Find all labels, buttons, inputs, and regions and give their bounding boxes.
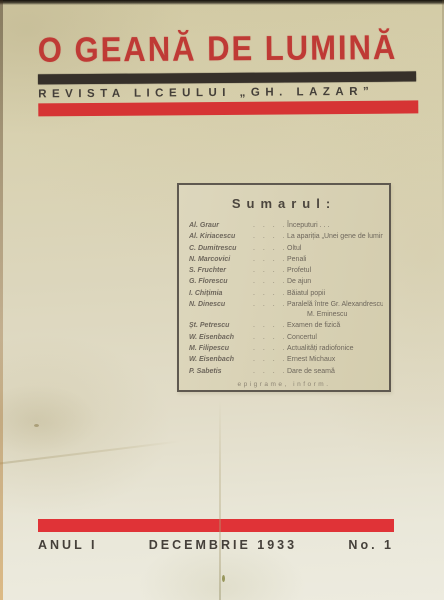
- toc-title: Băiatul popii: [287, 288, 383, 299]
- toc-row: M. Filipescu . . . . Actualități radiofo…: [189, 343, 383, 354]
- toc-dot-leader: . . . .: [253, 320, 287, 331]
- subtitle: REVISTA LICEULUI „GH. LAZAR”: [38, 86, 394, 101]
- toc-row: W. Eisenbach . . . . Ernest Michaux: [189, 354, 383, 365]
- year-label: ANUL I: [38, 538, 97, 552]
- toc-title: Ernest Michaux: [287, 354, 383, 365]
- toc-row: W. Eisenbach . . . . Concertul: [189, 332, 383, 343]
- toc-author: N. Marcovici: [189, 254, 253, 265]
- toc-author: N. Dinescu: [189, 299, 253, 310]
- paper-crease-vertical: [219, 400, 221, 600]
- toc-author: S. Fruchter: [189, 265, 253, 276]
- photo-edge-top: [0, 0, 444, 5]
- page-title: O GEANĂ DE LUMINĂ: [38, 28, 394, 71]
- toc-title: Penali: [287, 254, 383, 265]
- black-rule: [38, 71, 416, 84]
- summary-list: Al. Graur . . . . Începuturi . . . Al. K…: [189, 220, 383, 377]
- toc-title: Dare de seamă: [287, 366, 383, 377]
- toc-row: P. Sabetis . . . . Dare de seamă: [189, 366, 383, 377]
- paper-speck: [222, 575, 225, 582]
- toc-dot-leader: . . . .: [253, 299, 287, 310]
- toc-author: P. Sabetis: [189, 366, 253, 377]
- summary-box: Sumarul: Al. Graur . . . . Începuturi . …: [177, 183, 391, 392]
- toc-dot-leader: . . . .: [253, 220, 287, 231]
- toc-row: S. Fruchter . . . . Profetul: [189, 265, 383, 276]
- toc-author: W. Eisenbach: [189, 354, 253, 365]
- toc-row: G. Florescu . . . . De ajun: [189, 276, 383, 287]
- toc-dot-leader: . . . .: [253, 366, 287, 377]
- toc-row: I. Chițimia . . . . Băiatul popii: [189, 288, 383, 299]
- red-rule-top: [38, 100, 418, 116]
- summary-heading: Sumarul:: [179, 196, 389, 211]
- photo-edge-left: [0, 0, 3, 600]
- toc-author: Al. Kiriacescu: [189, 231, 253, 242]
- toc-dot-leader: . . . .: [253, 332, 287, 343]
- masthead: O GEANĂ DE LUMINĂ REVISTA LICEULUI „GH. …: [38, 28, 395, 117]
- toc-title: Profetul: [287, 265, 383, 276]
- toc-author: Șt. Petrescu: [189, 320, 253, 331]
- toc-dot-leader: . . . .: [253, 354, 287, 365]
- toc-author: C. Dumitrescu: [189, 243, 253, 254]
- toc-author: W. Eisenbach: [189, 332, 253, 343]
- toc-title: La apariția „Unei gene de lumină”: [287, 231, 383, 242]
- toc-title: De ajun: [287, 276, 383, 287]
- toc-author: G. Florescu: [189, 276, 253, 287]
- toc-title: Începuturi . . .: [287, 220, 383, 231]
- toc-dot-leader: . . . .: [253, 288, 287, 299]
- toc-dot-leader: . . . .: [253, 243, 287, 254]
- toc-title: Paralelă între Gr. Alexandrescu și: [287, 299, 383, 310]
- toc-row: Al. Kiriacescu . . . . La apariția „Unei…: [189, 231, 383, 242]
- toc-title: Concertul: [287, 332, 383, 343]
- issue-date: DECEMBRIE 1933: [149, 538, 297, 552]
- toc-row: Al. Graur . . . . Începuturi . . .: [189, 220, 383, 231]
- toc-title-line2: M. Eminescu: [307, 310, 383, 320]
- toc-title: Actualități radiofonice: [287, 343, 383, 354]
- toc-dot-leader: . . . .: [253, 343, 287, 354]
- toc-author: I. Chițimia: [189, 288, 253, 299]
- toc-row: N. Dinescu . . . . Paralelă între Gr. Al…: [189, 299, 383, 310]
- toc-row: N. Marcovici . . . . Penali: [189, 254, 383, 265]
- toc-title: Oltul: [287, 243, 383, 254]
- toc-author: M. Filipescu: [189, 343, 253, 354]
- magazine-cover-photo: O GEANĂ DE LUMINĂ REVISTA LICEULUI „GH. …: [0, 0, 444, 600]
- paper-speck: [34, 424, 39, 427]
- red-rule-bottom: [38, 519, 394, 532]
- toc-dot-leader: . . . .: [253, 276, 287, 287]
- toc-row: Șt. Petrescu . . . . Examen de fizică: [189, 320, 383, 331]
- paper-crease-diagonal: [0, 440, 179, 465]
- toc-dot-leader: . . . .: [253, 254, 287, 265]
- summary-footer-note: epigrame, inform.: [179, 381, 389, 388]
- toc-dot-leader: . . . .: [253, 231, 287, 242]
- toc-dot-leader: . . . .: [253, 265, 287, 276]
- toc-row: C. Dumitrescu . . . . Oltul: [189, 243, 383, 254]
- toc-title: Examen de fizică: [287, 320, 383, 331]
- toc-author: Al. Graur: [189, 220, 253, 231]
- imprint-row: ANUL I DECEMBRIE 1933 No. 1: [38, 538, 394, 552]
- issue-number: No. 1: [348, 538, 394, 552]
